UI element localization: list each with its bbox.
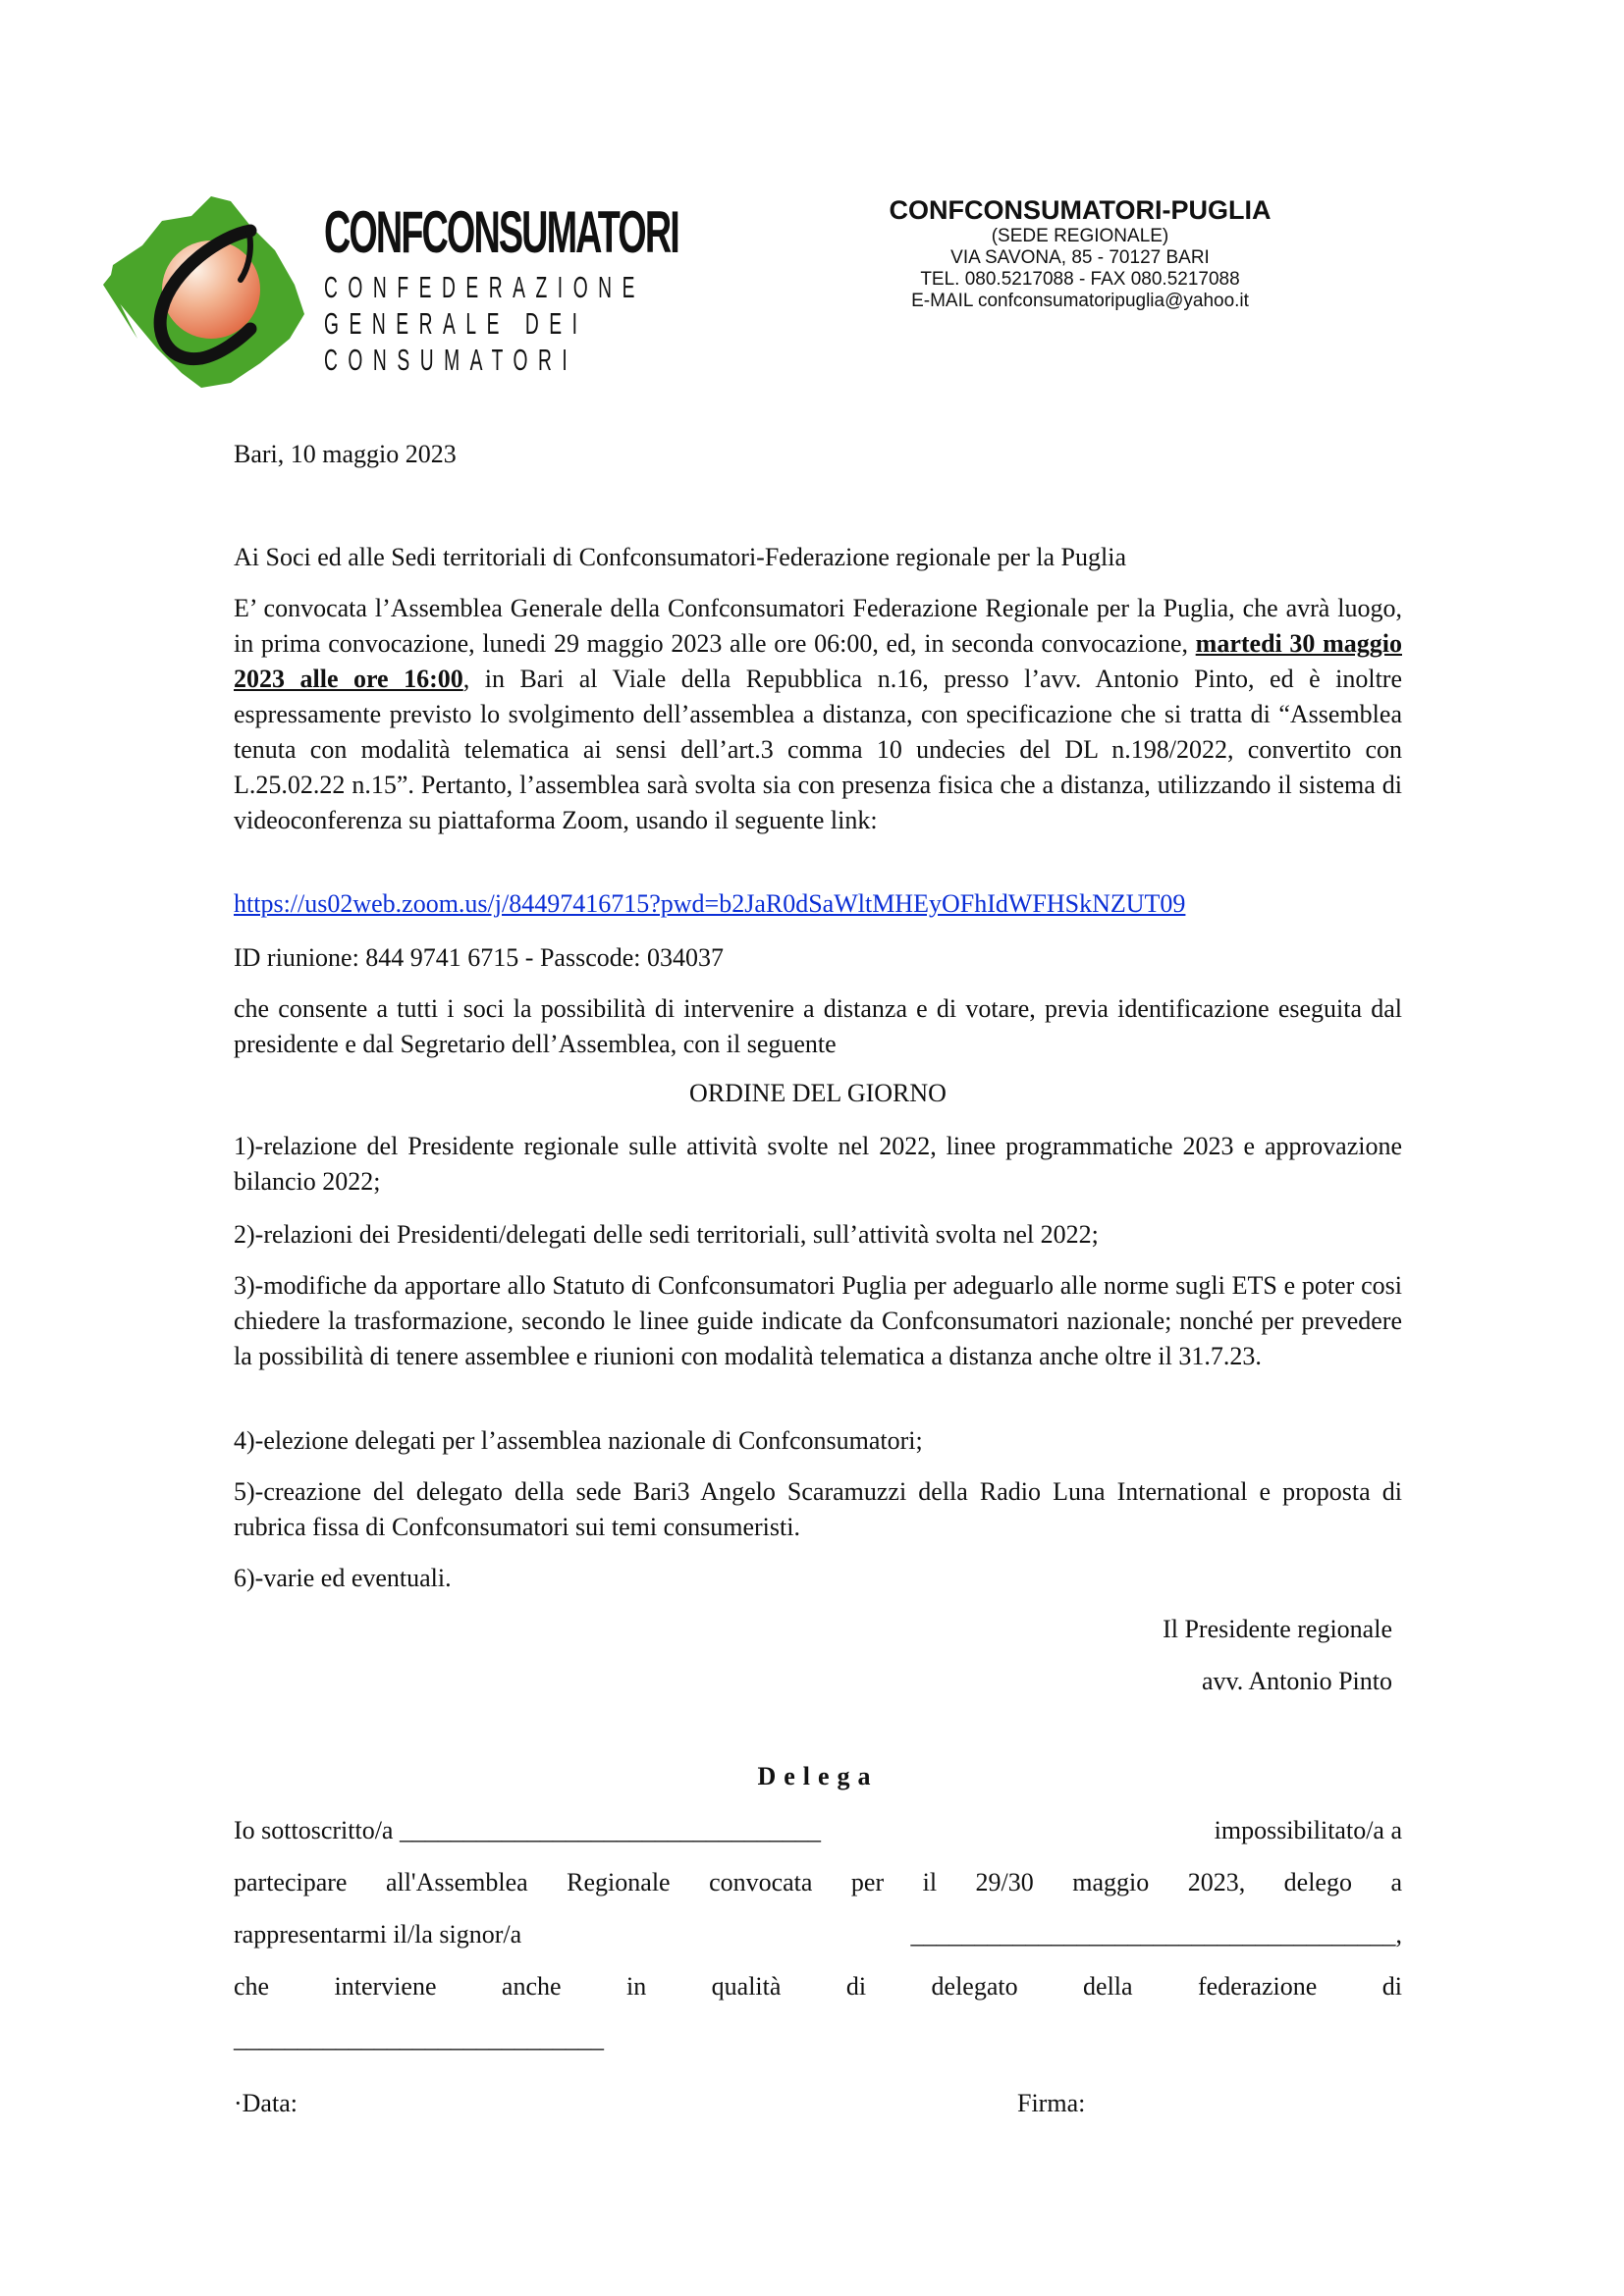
signature-name: avv. Antonio Pinto: [234, 1664, 1392, 1699]
delega-line-2: partecipareall'AssembleaRegionaleconvoca…: [234, 1865, 1402, 1900]
org-name: CONFCONSUMATORI-PUGLIA: [825, 194, 1335, 226]
brand-name: CONFCONSUMATORI: [324, 196, 584, 269]
letter-recipients: Ai Soci ed alle Sedi territoriali di Con…: [234, 540, 1402, 575]
org-phone-fax: TEL. 080.5217088 - FAX 080.5217088: [825, 269, 1335, 291]
document-page: CONFCONSUMATORI CONFEDERAZIONE GENERALE …: [0, 0, 1624, 2296]
zoom-meeting-link[interactable]: https://us02web.zoom.us/j/84497416715?pw…: [234, 889, 1185, 918]
participation-paragraph: che consente a tutti i soci la possibili…: [234, 991, 1402, 1062]
confconsumatori-logo-icon: [103, 191, 314, 393]
letter-date: Bari, 10 maggio 2023: [234, 437, 1402, 472]
delega-line-1: Io sottoscritto/a ______________________…: [234, 1813, 1402, 1848]
brand-tagline-1: CONFEDERAZIONE: [324, 269, 579, 305]
org-contact-block: CONFCONSUMATORI-PUGLIA (SEDE REGIONALE) …: [825, 194, 1335, 312]
org-seat: (SEDE REGIONALE): [825, 226, 1335, 247]
org-email: E-MAIL confconsumatoripuglia@yahoo.it: [825, 291, 1335, 312]
agenda-item-4: 4)-elezione delegati per l’assemblea naz…: [234, 1423, 1402, 1459]
agenda-title: ORDINE DEL GIORNO: [234, 1076, 1402, 1111]
agenda-item-6: 6)-varie ed eventuali.: [234, 1561, 1402, 1596]
brand-tagline-2: GENERALE DEI: [324, 305, 579, 342]
delega-title: Delega: [234, 1762, 1402, 1791]
delegate-name-field[interactable]: ______________________________________,: [911, 1917, 1403, 1952]
delega-line-3: rappresentarmi il/la signor/a __________…: [234, 1917, 1402, 1952]
agenda-item-1: 1)-relazione del Presidente regionale su…: [234, 1129, 1402, 1200]
agenda-item-3: 3)-modifiche da apportare allo Statuto d…: [234, 1268, 1402, 1374]
meeting-id-passcode: ID riunione: 844 9741 6715 - Passcode: 0…: [234, 940, 1402, 976]
agenda-item-5: 5)-creazione del delegato della sede Bar…: [234, 1474, 1402, 1545]
convocation-paragraph: E’ convocata l’Assemblea Generale della …: [234, 591, 1402, 838]
signature-label: Firma:: [1017, 2086, 1312, 2121]
delegator-name-field[interactable]: _________________________________: [400, 1816, 821, 1844]
federation-name-field[interactable]: _____________________________: [234, 2021, 1402, 2056]
brand-tagline-3: CONSUMATORI: [324, 342, 579, 378]
delega-line-4: cheintervieneancheinqualitàdidelegatodel…: [234, 1969, 1402, 2004]
org-address: VIA SAVONA, 85 - 70127 BARI: [825, 247, 1335, 269]
signature-role: Il Presidente regionale: [234, 1612, 1392, 1647]
agenda-item-2: 2)-relazioni dei Presidenti/delegati del…: [234, 1217, 1402, 1253]
brand-wordmark: CONFCONSUMATORI CONFEDERAZIONE GENERALE …: [324, 196, 736, 378]
